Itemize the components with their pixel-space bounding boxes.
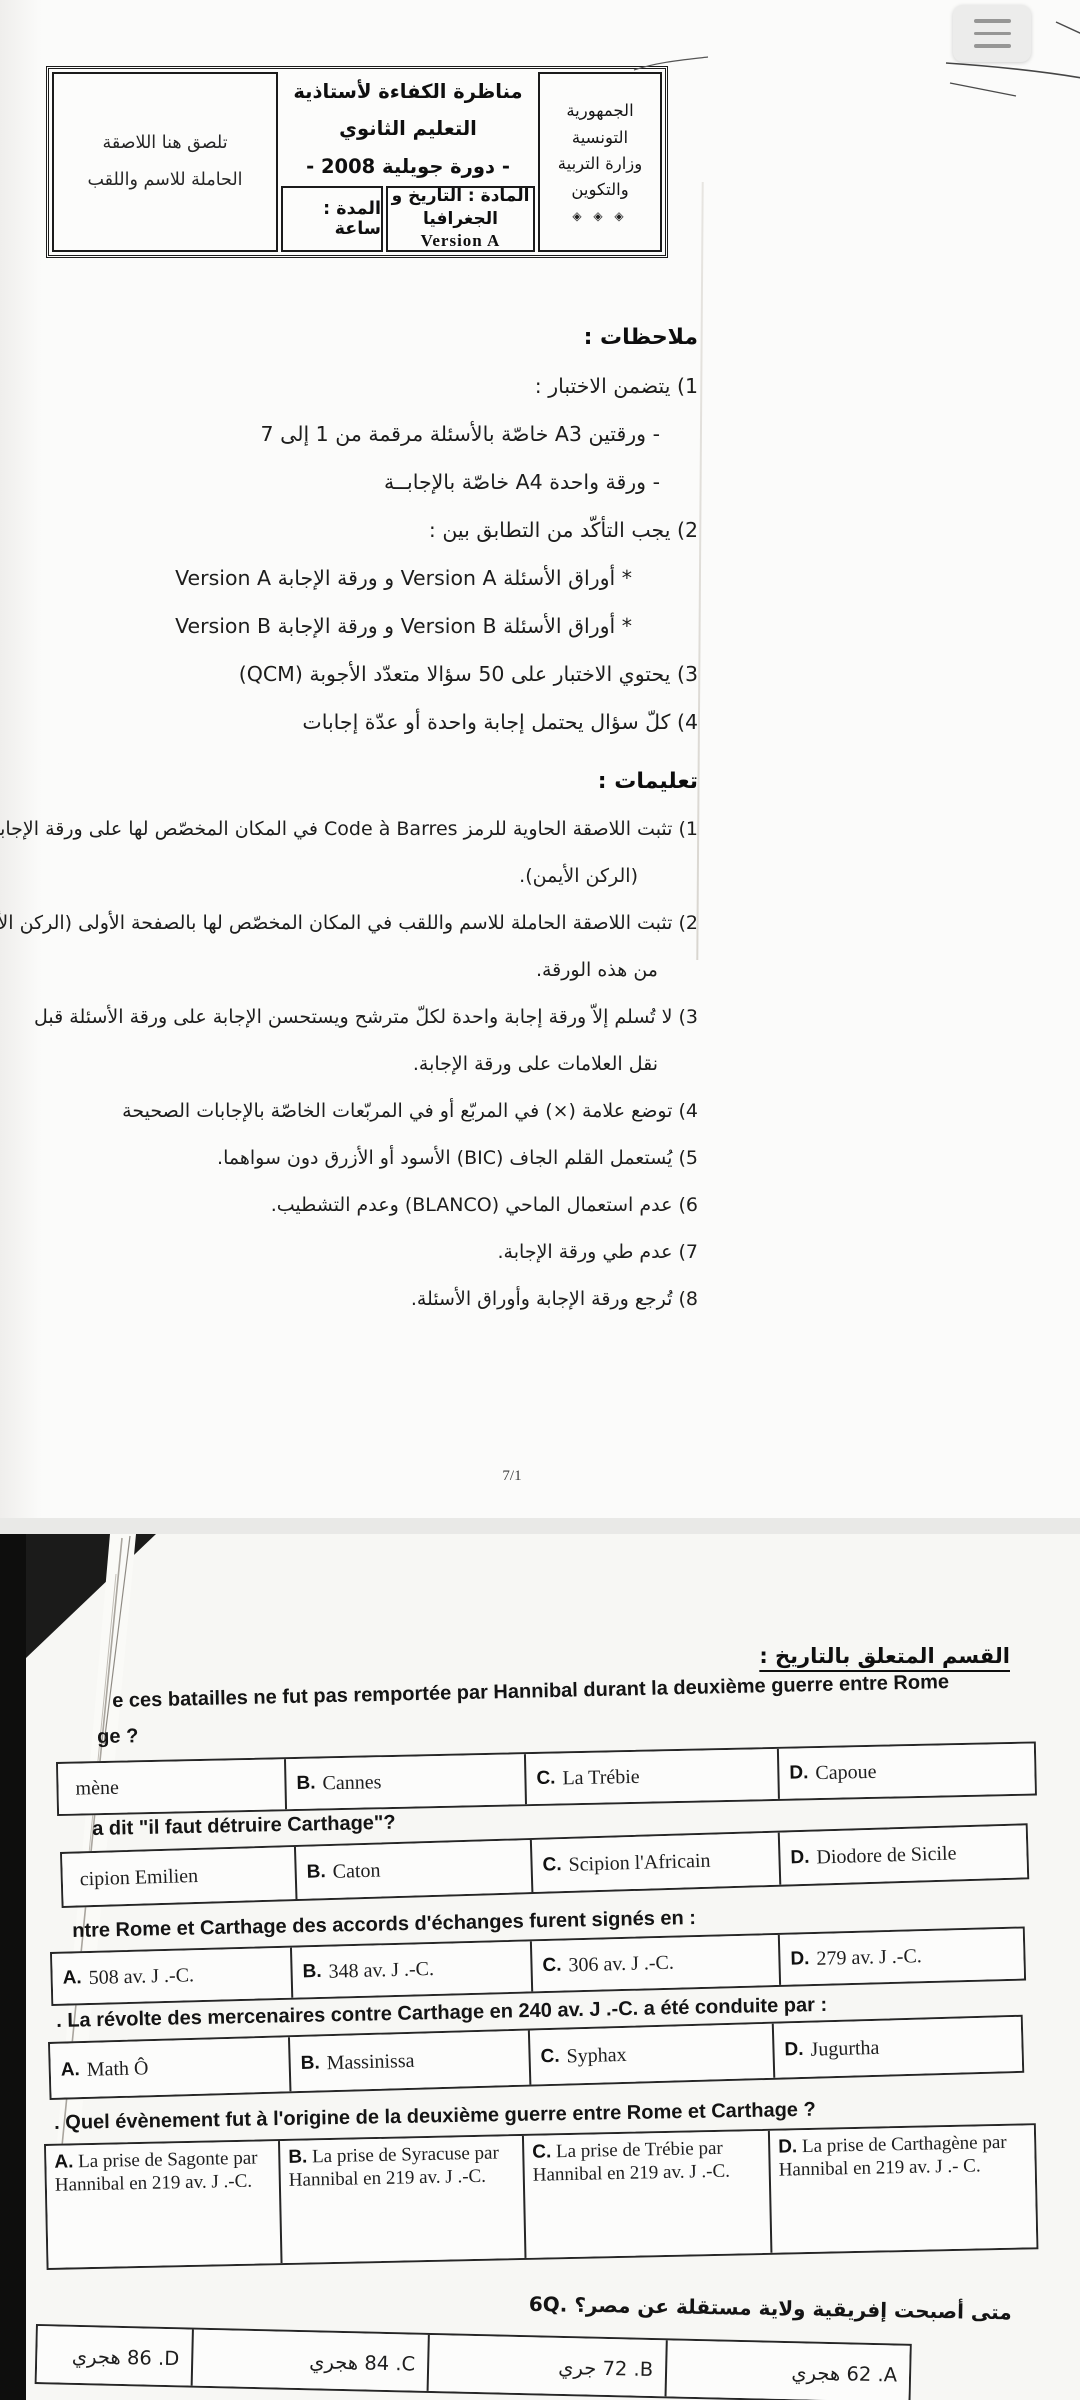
option-cell: A.508 av. J .-C. [52,1948,291,2004]
option-cell: A‏. 62 هجري [667,2340,910,2400]
exam-title-box: مناظرة الكفاءة لأستاذية التعليم الثانوي … [281,72,535,252]
exam-header-table: الجمهورية التونسية وزارة التربية والتكوي… [46,66,668,258]
republic-box: الجمهورية التونسية وزارة التربية والتكوي… [538,72,662,252]
option-cell: D.279 av. J .-C. [778,1929,1024,1985]
note-line: 2) يجب التأكّد من التطابق بين : [138,506,698,554]
menu-button[interactable] [953,5,1031,62]
sticker-line2: الحاملة للاسم واللقب [87,162,242,199]
option-cell: C. La prise de Trébie par Hannibal en 21… [522,2131,771,2258]
scan-page-1: الجمهورية التونسية وزارة التربية والتكوي… [0,0,1080,1518]
option-cell: C‏. 84 هجري [193,2330,430,2391]
question-1-options-table: mène B.Cannes C.La Trébie D.Capoue [56,1741,1037,1816]
exam-session: - دورة جويلية 2008 - [281,148,535,185]
option-cell: B‏. 72 جري [429,2335,668,2396]
sticker-line1: تلصق هنا اللاصقة [102,125,227,162]
scan-black-edge [0,1534,26,2400]
subject-label: المادة : التاريخ و الجغرافيا [388,185,533,231]
question-5-options-table: A. La prise de Sagonte par Hannibal en 2… [44,2123,1038,2270]
scan-page-2: القسم المتعلق بالتاريخ : e ces batailles… [0,1534,1080,2400]
instruction-line: من هذه الورقة. [138,947,698,994]
hamburger-menu-icon [974,19,1011,48]
question-1-text-line2: ge ? [97,1725,139,1749]
instructions-heading: تعليمات : [138,762,698,806]
note-line: * أوراق الأسئلة Version B و ورقة الإجابة… [138,602,698,650]
page-number: 7/1 [462,1468,562,1485]
option-cell: D. La prise de Carthagène par Hannibal e… [768,2125,1036,2253]
instruction-line: نقل العلامات على ورقة الإجابة. [138,1041,698,1088]
option-cell: C.Scipion l'Africain [530,1833,779,1892]
notes-heading: ملاحظات : [138,318,698,362]
option-cell: D.Capoue [777,1744,1035,1799]
arabic-body: ملاحظات : 1) يتضمن الاختبار : - ورقتين A… [138,318,698,1323]
note-line: 3) يحتوي الاختبار على 50 سؤالا متعدّد ال… [138,650,698,698]
option-cell: cipion Emilien [62,1847,295,1906]
option-cell: B. La prise de Syracuse par Hannibal en … [278,2136,525,2263]
scanned-exam-screenshot: الجمهورية التونسية وزارة التربية والتكوي… [0,0,1080,2400]
option-cell: B.Massinissa [288,2031,529,2092]
instruction-line: 8) تُرجع ورقة الإجابة وأوراق الأسئلة. [138,1276,698,1323]
note-line: - ورقة واحدة A4 خاصّة بالإجابــة [138,458,698,506]
question-2-text: a dit "il faut détruire Carthage"? [92,1812,396,1841]
option-cell: B.348 av. J .-C. [290,1941,531,1997]
note-line: - ورقتين A3 خاصّة بالأسئلة مرقمة من 1 إل… [138,410,698,458]
folded-corner-shadow [26,1534,156,1658]
option-cell: mène [58,1759,285,1814]
subject-duration-row: المادة : التاريخ و الجغرافيا Version A ا… [281,186,535,252]
exam-title: مناظرة الكفاءة لأستاذية التعليم الثانوي … [281,72,535,186]
option-cell: C.Syphax [528,2024,773,2085]
page-left-shadow [0,0,42,1518]
option-cell: D.Diodore de Sicile [778,1825,1027,1884]
instruction-line: 3) لا تُسلم إلاّ ورقة إجابة واحدة لكلّ م… [138,994,698,1041]
ornament-diamonds: ◈ ◈ ◈ [572,207,627,226]
ministry-line: وزارة التربية والتكوين [540,151,660,204]
note-line: 4) كلّ سؤال يحتمل إجابة واحدة أو عدّة إج… [138,698,698,746]
option-cell: C.La Trébie [524,1749,778,1804]
note-line: 1) يتضمن الاختبار : [138,362,698,410]
instruction-line: 2) تثبت اللاصقة الحاملة للاسم واللقب في … [138,900,698,947]
subject-box: المادة : التاريخ و الجغرافيا Version A [386,186,535,252]
name-sticker-box: تلصق هنا اللاصقة الحاملة للاسم واللقب [52,72,278,252]
instruction-line: 1) تثبت اللاصقة الحاوية للرمز Code à Bar… [138,806,698,853]
version-label: Version A [388,230,533,253]
duration-box: المدة : ساعة [281,186,383,252]
note-line: * أوراق الأسئلة Version A و ورقة الإجابة… [138,554,698,602]
instruction-line: 6) عدم استعمال الماحي (BLANCO) وعدم التش… [138,1182,698,1229]
question-6-text: 6Q. متى أصبحت إفريقية ولاية مستقلة عن مص… [420,2290,1012,2324]
instruction-line: 5) يُستعمل القلم الجاف (BIC) الأسود أو ا… [138,1135,698,1182]
history-section-title: القسم المتعلق بالتاريخ : [759,1644,1010,1668]
question-6-options-table: A‏. 62 هجري B‏. 72 جري C‏. 84 هجري D‏. 8… [35,2324,912,2400]
page-separator [0,1518,1080,1534]
republic-line1: الجمهورية التونسية [540,98,660,151]
option-cell: A. La prise de Sagonte par Hannibal en 2… [46,2141,281,2268]
instruction-line: (الركن الأيمن). [138,853,698,900]
instruction-line: 4) توضع علامة (×) في المربّع أو في المرب… [138,1088,698,1135]
option-cell: B.Cannes [284,1754,525,1809]
option-cell: B.Caton [294,1840,531,1899]
exam-title-line1: مناظرة الكفاءة لأستاذية التعليم الثانوي [281,73,535,147]
question-1-text-line1: e ces batailles ne fut pas remportée par… [112,1671,949,1713]
option-cell: D‏. 86 هجري [37,2326,194,2386]
option-cell: D.Jugurtha [772,2017,1022,2078]
instruction-line: 7) عدم طي ورقة الإجابة. [138,1229,698,1276]
option-cell: A.Math Ô [50,2037,289,2098]
option-cell: C.306 av. J .-C. [530,1935,779,1991]
